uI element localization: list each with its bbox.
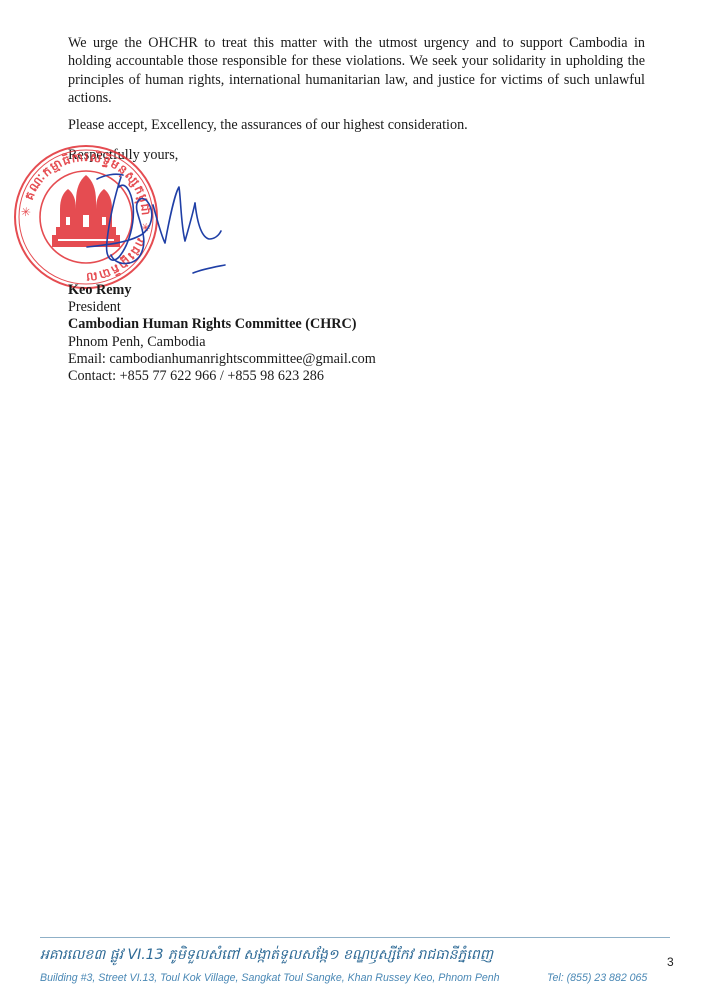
contact-email: Email: cambodianhumanrightscommittee@gma… xyxy=(68,351,376,368)
organization-name: Cambodian Human Rights Committee (CHRC) xyxy=(68,316,376,333)
organization-location: Phnom Penh, Cambodia xyxy=(68,334,376,351)
footer-telephone: Tel: (855) 23 882 065 xyxy=(547,972,647,984)
page-number: 3 xyxy=(667,955,674,969)
closing-paragraph-urge: We urge the OHCHR to treat this matter w… xyxy=(68,34,645,107)
signature-block: Keo Remy President Cambodian Human Right… xyxy=(68,282,376,385)
footer-address: Building #3, Street VI.13, Toul Kok Vill… xyxy=(40,972,500,984)
signatory-title: President xyxy=(68,299,376,316)
closing-paragraph-consideration: Please accept, Excellency, the assurance… xyxy=(68,116,645,134)
footer-divider xyxy=(40,937,670,938)
signature-icon xyxy=(75,165,235,280)
footer-khmer-address: អគារលេខ៣ ផ្លូវ VI.13 ភូមិទួលសំពៅ សង្កាត់… xyxy=(40,945,493,966)
contact-phone: Contact: +855 77 622 966 / +855 98 623 2… xyxy=(68,368,376,385)
signatory-name: Keo Remy xyxy=(68,282,376,299)
letter-page: We urge the OHCHR to treat this matter w… xyxy=(0,0,707,1000)
